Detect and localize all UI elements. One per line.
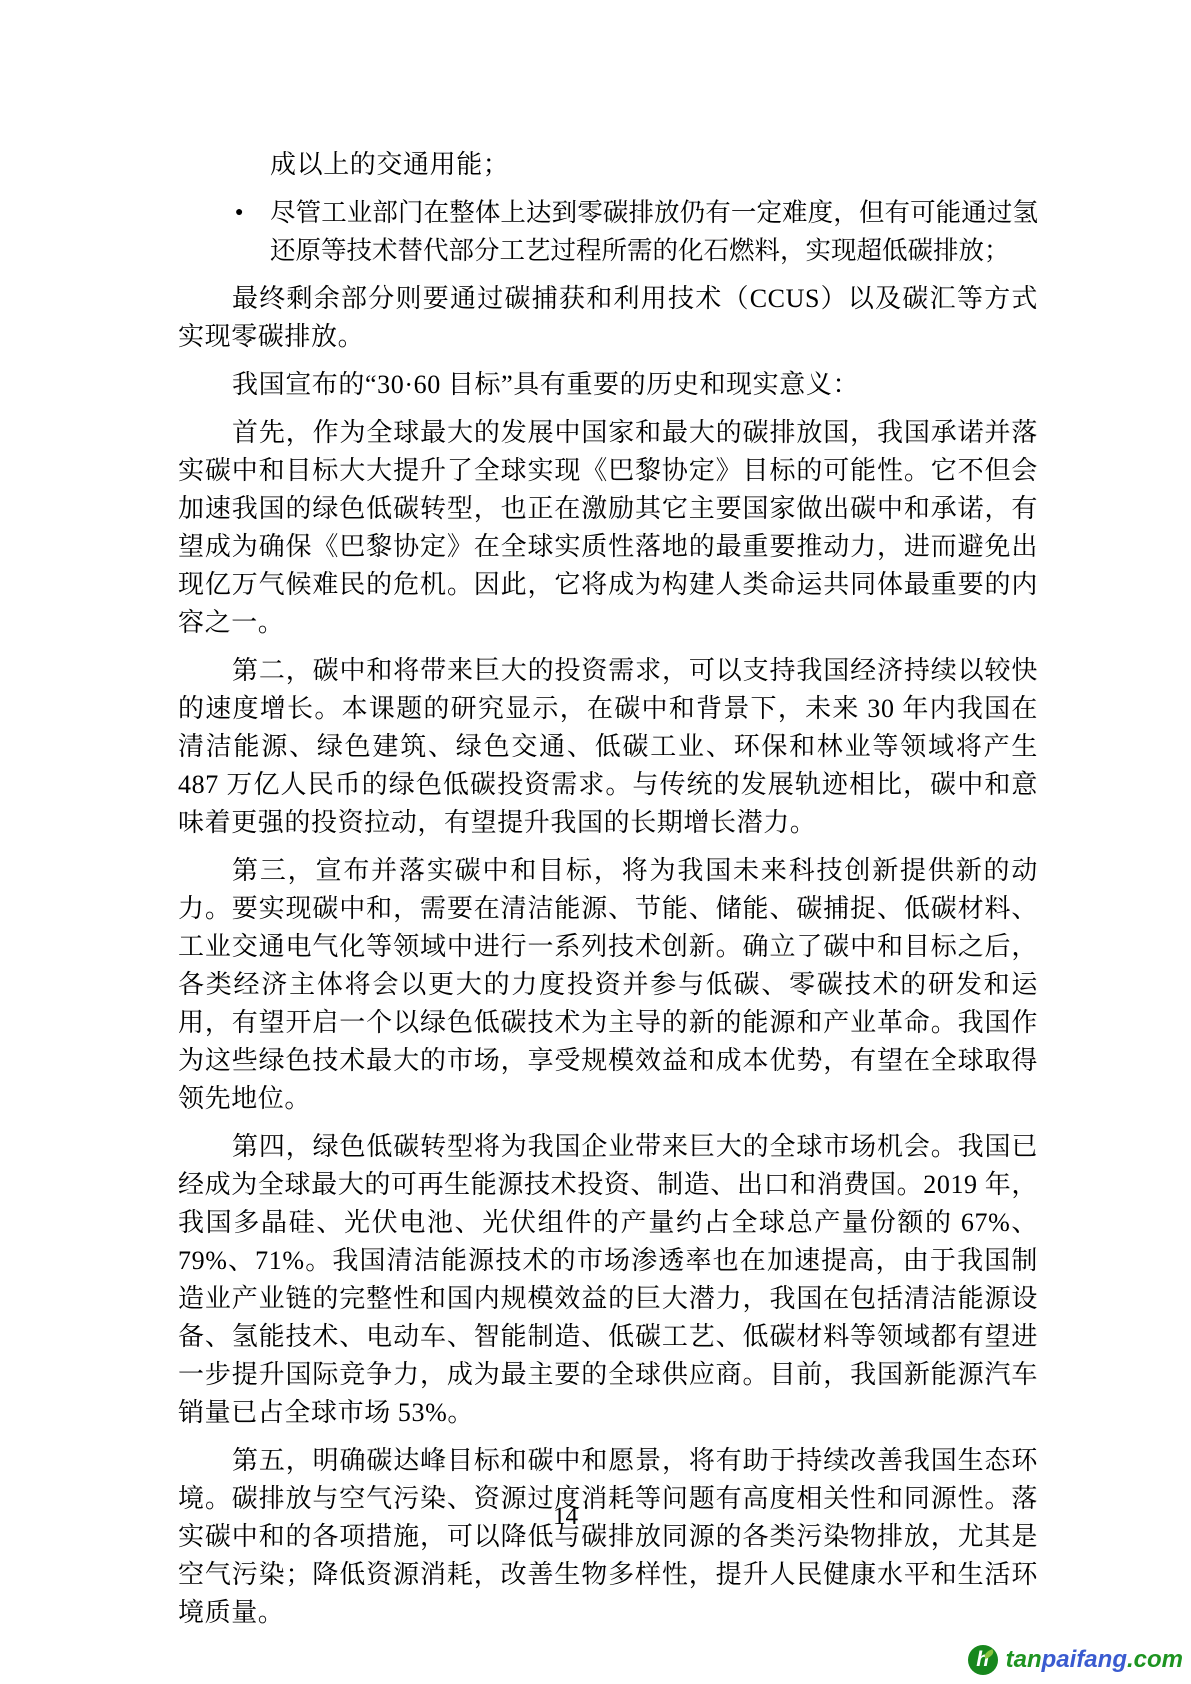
watermark-text-com: .com	[1127, 1646, 1183, 1673]
bullet-list-item: ● 尽管工业部门在整体上达到零碳排放仍有一定难度，但有可能通过氢还原等技术替代部…	[178, 194, 1038, 270]
paragraph-second: 第二，碳中和将带来巨大的投资需求，可以支持我国经济持续以较快的速度增长。本课题的…	[178, 652, 1038, 842]
document-page: 成以上的交通用能； ● 尽管工业部门在整体上达到零碳排放仍有一定难度，但有可能通…	[0, 0, 1191, 1684]
watermark-text: tanpaifang.com	[1006, 1646, 1183, 1674]
watermark: h tanpaifang.com	[968, 1645, 1183, 1675]
logo-letter: h	[968, 1645, 998, 1675]
paragraph-first: 首先，作为全球最大的发展中国家和最大的碳排放国，我国承诺并落实碳中和目标大大提升…	[178, 414, 1038, 642]
paragraph-continuation-line: 成以上的交通用能；	[178, 146, 1038, 184]
page-number: 14	[0, 1503, 1161, 1531]
watermark-text-paifang: paifang	[1042, 1646, 1127, 1673]
page-content: 成以上的交通用能； ● 尽管工业部门在整体上达到零碳排放仍有一定难度，但有可能通…	[178, 146, 1038, 1632]
paragraph-fourth: 第四，绿色低碳转型将为我国企业带来巨大的全球市场机会。我国已经成为全球最大的可再…	[178, 1128, 1038, 1432]
paragraph-third: 第三，宣布并落实碳中和目标，将为我国未来科技创新提供新的动力。要实现碳中和，需要…	[178, 852, 1038, 1118]
paragraph-3060-goal: 我国宣布的“30·60 目标”具有重要的历史和现实意义：	[178, 366, 1038, 404]
paragraph-ccus: 最终剩余部分则要通过碳捕获和利用技术（CCUS）以及碳汇等方式实现零碳排放。	[178, 280, 1038, 356]
bullet-icon: ●	[178, 194, 270, 270]
bullet-item-text: 尽管工业部门在整体上达到零碳排放仍有一定难度，但有可能通过氢还原等技术替代部分工…	[270, 194, 1038, 270]
paragraph-fifth: 第五，明确碳达峰目标和碳中和愿景，将有助于持续改善我国生态环境。碳排放与空气污染…	[178, 1442, 1038, 1632]
tanpaifang-logo-icon: h	[968, 1645, 998, 1675]
watermark-text-tan: tan	[1006, 1646, 1042, 1673]
